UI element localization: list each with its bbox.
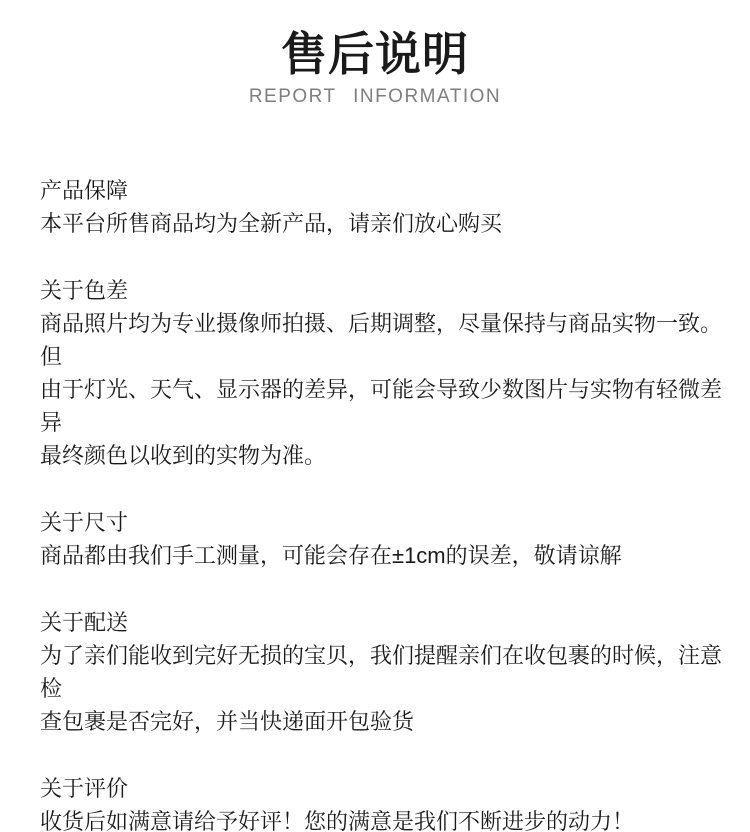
section-review: 关于评价 收货后如满意请给予好评！您的满意是我们不断进步的动力！ — [40, 772, 722, 832]
section-text-line: 由于灯光、天气、显示器的差异，可能会导致少数图片与实物有轻微差异 — [40, 373, 722, 439]
section-heading: 关于尺寸 — [40, 506, 722, 539]
section-text-line: 为了亲们能收到完好无损的宝贝，我们提醒亲们在收包裹的时候，注意检 — [40, 639, 722, 705]
section-heading: 关于色差 — [40, 274, 722, 307]
page-header: 售后说明 REPORT INFORMATION — [0, 0, 750, 110]
after-sales-content: 产品保障 本平台所售商品均为全新产品，请亲们放心购买 关于色差 商品照片均为专业… — [0, 174, 750, 832]
section-heading: 产品保障 — [40, 174, 722, 207]
section-product-guarantee: 产品保障 本平台所售商品均为全新产品，请亲们放心购买 — [40, 174, 722, 240]
section-text-line: 查包裹是否完好，并当快递面开包验货 — [40, 705, 722, 738]
section-text-line: 本平台所售商品均为全新产品，请亲们放心购买 — [40, 207, 722, 240]
section-text-line: 收货后如满意请给予好评！您的满意是我们不断进步的动力！ — [40, 805, 722, 832]
section-text-line: 最终颜色以收到的实物为准。 — [40, 439, 722, 472]
section-size: 关于尺寸 商品都由我们手工测量，可能会存在±1cm的误差，敬请谅解 — [40, 506, 722, 572]
section-color-difference: 关于色差 商品照片均为专业摄像师拍摄、后期调整，尽量保持与商品实物一致。但 由于… — [40, 274, 722, 472]
page-title: 售后说明 — [0, 24, 750, 84]
section-text-line: 商品照片均为专业摄像师拍摄、后期调整，尽量保持与商品实物一致。但 — [40, 307, 722, 373]
section-heading: 关于评价 — [40, 772, 722, 805]
page-subtitle: REPORT INFORMATION — [0, 84, 750, 110]
section-heading: 关于配送 — [40, 606, 722, 639]
section-delivery: 关于配送 为了亲们能收到完好无损的宝贝，我们提醒亲们在收包裹的时候，注意检 查包… — [40, 606, 722, 738]
section-text-line: 商品都由我们手工测量，可能会存在±1cm的误差，敬请谅解 — [40, 539, 722, 572]
